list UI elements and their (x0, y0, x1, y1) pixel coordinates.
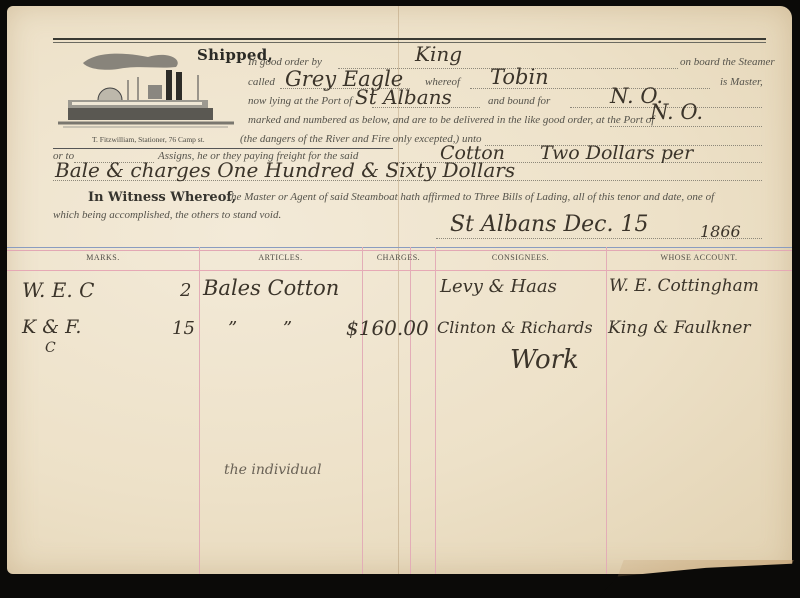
header-rule-thin (53, 42, 766, 43)
header-rule (53, 38, 766, 40)
row2-marks-sub: C (45, 340, 56, 356)
form-text-line1-end: on board the Steamer (680, 56, 775, 68)
handwritten-deliver-port: N. O. (650, 100, 703, 124)
row2-articles: ” ” (228, 318, 292, 339)
form-text-line2: called (248, 76, 275, 88)
row1-marks: W. E. C (22, 278, 94, 302)
handwritten-freight-line2: Bale & charges One Hundred & Sixty Dolla… (55, 158, 515, 182)
witness-text-2: which being accomplished, the others to … (53, 209, 281, 221)
column-header-charges: CHARGES. (362, 253, 435, 262)
handwritten-year: 1866 (700, 222, 741, 241)
table-rule (7, 250, 792, 251)
handwritten-margin-note: the individual (224, 462, 322, 478)
witness-heading: In Witness Whereof, (88, 190, 236, 205)
column-header-consignees: CONSIGNEES. (435, 253, 606, 262)
row1-articles: Bales Cotton (203, 276, 339, 300)
row1-qty: 2 (180, 280, 191, 301)
row2-marks: K & F. (22, 316, 81, 338)
handwritten-place-date: St Albans Dec. 15 (450, 212, 648, 237)
row3-consignees: Work (510, 345, 579, 375)
row1-account: W. E. Cottingham (609, 276, 759, 296)
form-text-line4: marked and numbered as below, and are to… (248, 114, 654, 126)
form-text-bound-for: and bound for (488, 95, 550, 107)
table-top-rule (7, 247, 792, 248)
handwritten-shipper: King (415, 42, 462, 66)
handwritten-freight-rate: Two Dollars per (540, 142, 693, 164)
form-text-line3: now lying at the Port of (248, 95, 352, 107)
row2-charges: $160.00 (346, 316, 429, 340)
column-header-marks: MARKS. (7, 253, 199, 262)
column-divider (435, 247, 436, 574)
handwritten-port: St Albans (355, 85, 452, 109)
column-header-articles: ARTICLES. (199, 253, 362, 262)
stationer-imprint: T. Fitzwilliam, Stationer, 76 Camp st. (92, 135, 205, 144)
vignette-rule (53, 148, 393, 149)
row2-qty: 15 (172, 318, 195, 339)
column-divider (410, 247, 411, 574)
table-header-rule (7, 270, 792, 271)
dotted-line (610, 126, 762, 127)
column-divider (606, 247, 607, 574)
column-divider (199, 247, 200, 574)
form-text-master: is Master, (720, 76, 763, 88)
row2-account: King & Faulkner (608, 318, 751, 338)
column-header-whose-account: WHOSE ACCOUNT. (606, 253, 792, 262)
witness-text: the Master or Agent of said Steamboat ha… (228, 191, 714, 203)
handwritten-master: Tobin (490, 65, 549, 89)
row1-consignees: Levy & Haas (440, 276, 557, 297)
column-divider (362, 247, 363, 574)
row2-consignees: Clinton & Richards (437, 318, 593, 337)
